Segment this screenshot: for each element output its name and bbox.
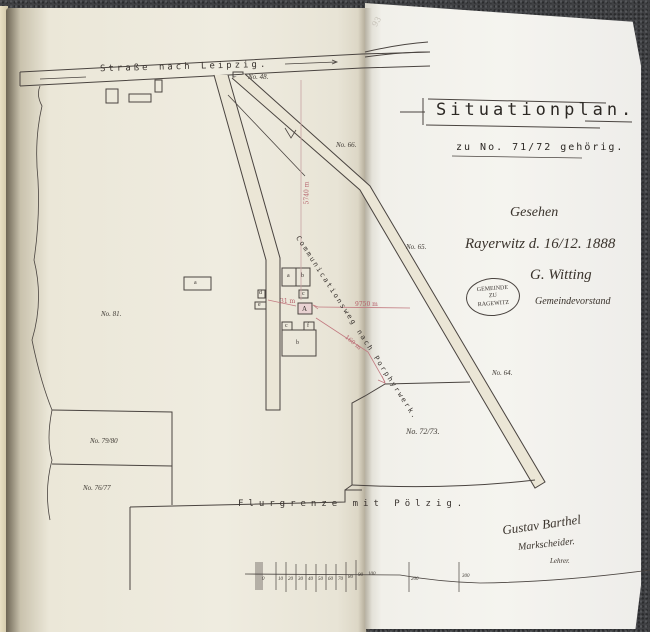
building-label: f [307, 323, 309, 329]
parcel-label: No. 81. [101, 311, 121, 318]
scale-tick: 40 [308, 577, 313, 582]
building-label: d [259, 290, 262, 296]
scale-tick: 20 [288, 577, 293, 582]
building-label: b [296, 340, 299, 346]
building-label: a [287, 273, 290, 279]
surveyor-note: Lehrer. [550, 558, 570, 565]
scale-tick: 300 [462, 574, 470, 579]
page-title: Situationplan. [436, 102, 635, 119]
parcel-label: No. 79/80 [90, 438, 118, 445]
scale-tick: 50 [318, 577, 323, 582]
site-plan-drawing [0, 0, 650, 632]
measurement-horizontal-left: 31 m [280, 299, 295, 305]
scale-tick: 70 [338, 577, 343, 582]
building-label: a [194, 280, 197, 286]
building-label: c [285, 323, 288, 329]
parcel-label: No. 76/77 [83, 485, 111, 492]
cert-signature: G. Witting [530, 268, 592, 283]
building-label: A [302, 305, 307, 313]
page-subtitle: zu No. 71/72 gehörig. [456, 143, 624, 153]
building-label: e [258, 302, 261, 308]
cert-place-date: Rayerwitz d. 16/12. 1888 [465, 237, 615, 252]
cert-office: Gemeindevorstand [535, 297, 611, 307]
measurement-vertical: 5740 m [304, 182, 310, 205]
parcel-label: No. 48. [248, 74, 268, 81]
scale-tick: 0 [262, 577, 265, 582]
scale-tick: 80 [348, 575, 353, 580]
stamp-bottom: RAGEWITZ [478, 299, 510, 308]
scale-tick: 60 [328, 577, 333, 582]
scale-tick: 90 [358, 573, 363, 578]
building-label: b [301, 273, 304, 279]
measurement-horizontal-right: 9750 m [355, 302, 378, 308]
scale-tick: 100 [368, 572, 376, 577]
scale-tick: 200 [411, 577, 419, 582]
cert-seen: Gesehen [510, 206, 558, 220]
parcel-label: No. 66. [336, 142, 356, 149]
parcel-label: No. 64. [492, 370, 512, 377]
building-label: c [302, 291, 305, 297]
parcel-label: No. 72/73. [406, 428, 440, 436]
parcel-label: No. 65. [406, 244, 426, 251]
scale-tick: 10 [278, 577, 283, 582]
boundary-label: Flurgrenze mit Pölzig. [238, 500, 467, 509]
scale-tick: 30 [298, 577, 303, 582]
